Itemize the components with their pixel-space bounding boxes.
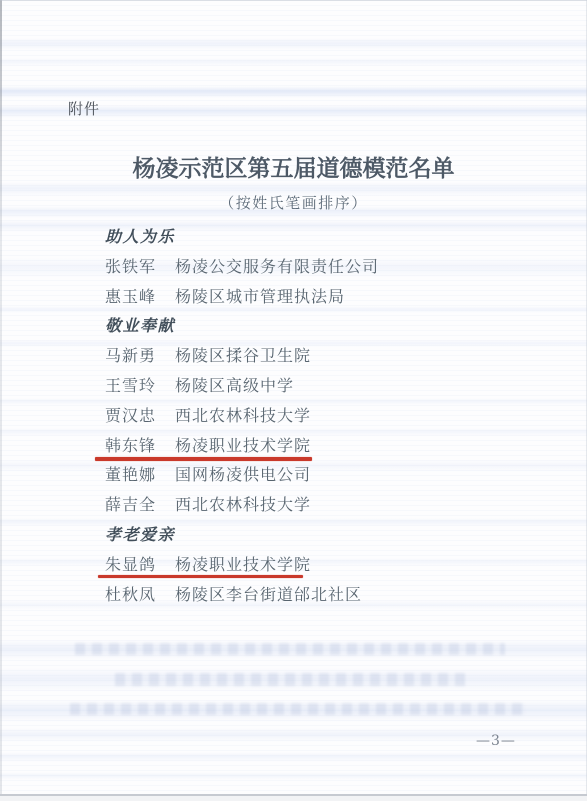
scan-streak (0, 668, 587, 692)
honoree-organization: 西北农林科技大学 (175, 406, 311, 425)
honoree-list: 助人为乐张铁军杨凌公交服务有限责任公司惠玉峰杨陵区城市管理执法局敬业奉献马新勇杨… (105, 222, 525, 609)
honoree-row: 朱显鸽杨凌职业技术学院 (105, 550, 525, 580)
section-heading: 助人为乐 (105, 222, 525, 252)
honoree-organization: 杨陵区城市管理执法局 (175, 287, 345, 306)
honoree-name: 马新勇 (105, 341, 157, 371)
scan-streak (0, 38, 587, 50)
honoree-organization: 杨陵区李台街道邰北社区 (175, 585, 362, 604)
scan-streak (0, 752, 587, 762)
section-heading: 敬业奉献 (105, 311, 525, 341)
honoree-name: 惠玉峰 (105, 282, 157, 312)
honoree-name: 韩东锋 (105, 431, 157, 461)
scan-streak (0, 640, 587, 660)
honoree-row: 贾汉忠西北农林科技大学 (105, 401, 525, 431)
scan-edge-left (0, 0, 2, 801)
honoree-name: 薛吉全 (105, 490, 157, 520)
honoree-row: 杜秋凤杨陵区李台街道邰北社区 (105, 580, 525, 610)
bleedthrough-text-row (115, 673, 465, 686)
honoree-organization: 杨凌职业技术学院 (175, 555, 311, 574)
scan-streak (0, 58, 587, 66)
honoree-organization: 国网杨凌供电公司 (175, 465, 311, 484)
honoree-row: 薛吉全西北农林科技大学 (105, 490, 525, 520)
sort-order-note: （按姓氏笔画排序） (0, 192, 587, 213)
section-heading: 孝老爱亲 (105, 520, 525, 550)
honoree-name: 贾汉忠 (105, 401, 157, 431)
attachment-label: 附件 (68, 98, 100, 119)
honoree-organization: 杨凌职业技术学院 (175, 436, 311, 455)
honoree-name: 王雪玲 (105, 371, 157, 401)
honoree-row: 马新勇杨陵区揉谷卫生院 (105, 341, 525, 371)
honoree-name: 张铁军 (105, 252, 157, 282)
honoree-name: 杜秋凤 (105, 580, 157, 610)
honoree-row: 惠玉峰杨陵区城市管理执法局 (105, 282, 525, 312)
page-number: —3— (476, 733, 516, 749)
honoree-organization: 杨陵区高级中学 (175, 376, 294, 395)
page-title: 杨凌示范区第五届道德模范名单 (0, 150, 587, 183)
scan-streak (0, 86, 587, 98)
honoree-row: 王雪玲杨陵区高级中学 (105, 371, 525, 401)
scan-streak (0, 772, 587, 780)
bleedthrough-text-row (75, 643, 505, 655)
honoree-organization: 西北农林科技大学 (175, 495, 311, 514)
scan-margin-bottom (0, 796, 587, 801)
scan-streak (0, 700, 587, 722)
honoree-row: 张铁军杨凌公交服务有限责任公司 (105, 252, 525, 282)
bleedthrough-text-row (70, 703, 525, 715)
honoree-row: 韩东锋杨凌职业技术学院 (105, 431, 525, 461)
honoree-organization: 杨凌公交服务有限责任公司 (175, 257, 379, 276)
scan-edge-top (0, 0, 587, 1)
scanned-document-page: 附件 杨凌示范区第五届道德模范名单 （按姓氏笔画排序） 助人为乐张铁军杨凌公交服… (0, 0, 587, 801)
honoree-organization: 杨陵区揉谷卫生院 (175, 346, 311, 365)
red-underline-annotation (98, 575, 303, 579)
honoree-name: 董艳娜 (105, 460, 157, 490)
honoree-row: 董艳娜国网杨凌供电公司 (105, 460, 525, 490)
